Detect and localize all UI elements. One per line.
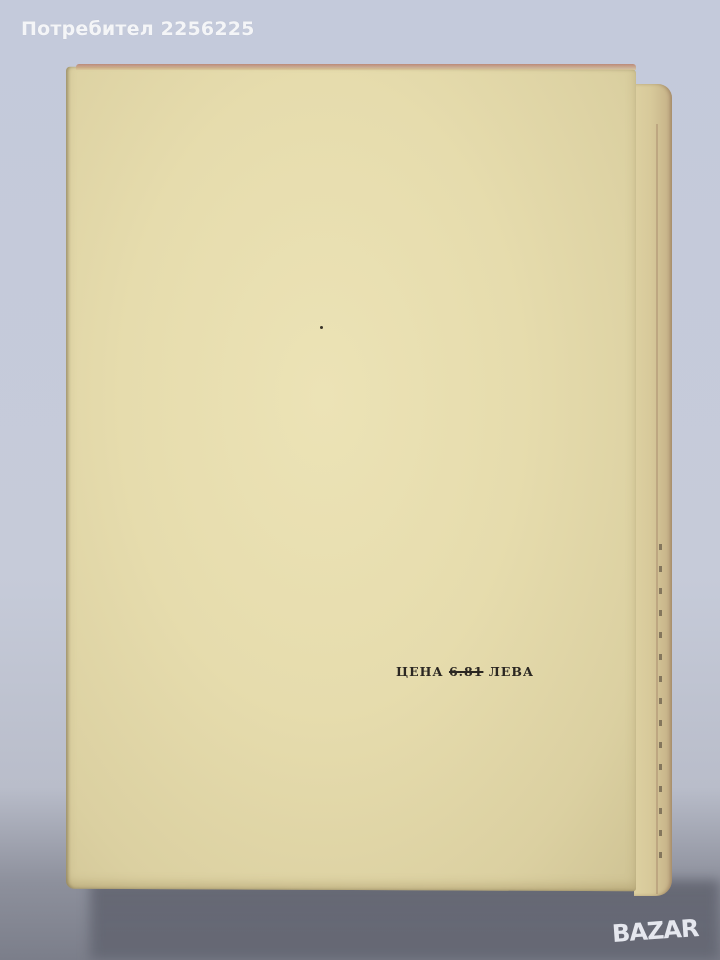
price-currency: ЛЕВА	[489, 664, 534, 679]
book-spine	[634, 84, 672, 896]
price-label: ЦЕНА 6.81 ЛЕВА	[396, 664, 534, 679]
book: ЦЕНА 6.81 ЛЕВА	[66, 64, 676, 896]
spine-lettering	[659, 544, 662, 864]
back-cover	[66, 67, 636, 891]
price-amount: 6.81	[449, 664, 483, 679]
spine-crease	[656, 124, 658, 894]
book-top-edge	[76, 64, 636, 70]
price-prefix: ЦЕНА	[396, 664, 444, 679]
bazar-logo: BAZAR	[611, 914, 699, 948]
cover-speck	[320, 326, 323, 329]
user-watermark: Потребител 2256225	[21, 18, 255, 40]
